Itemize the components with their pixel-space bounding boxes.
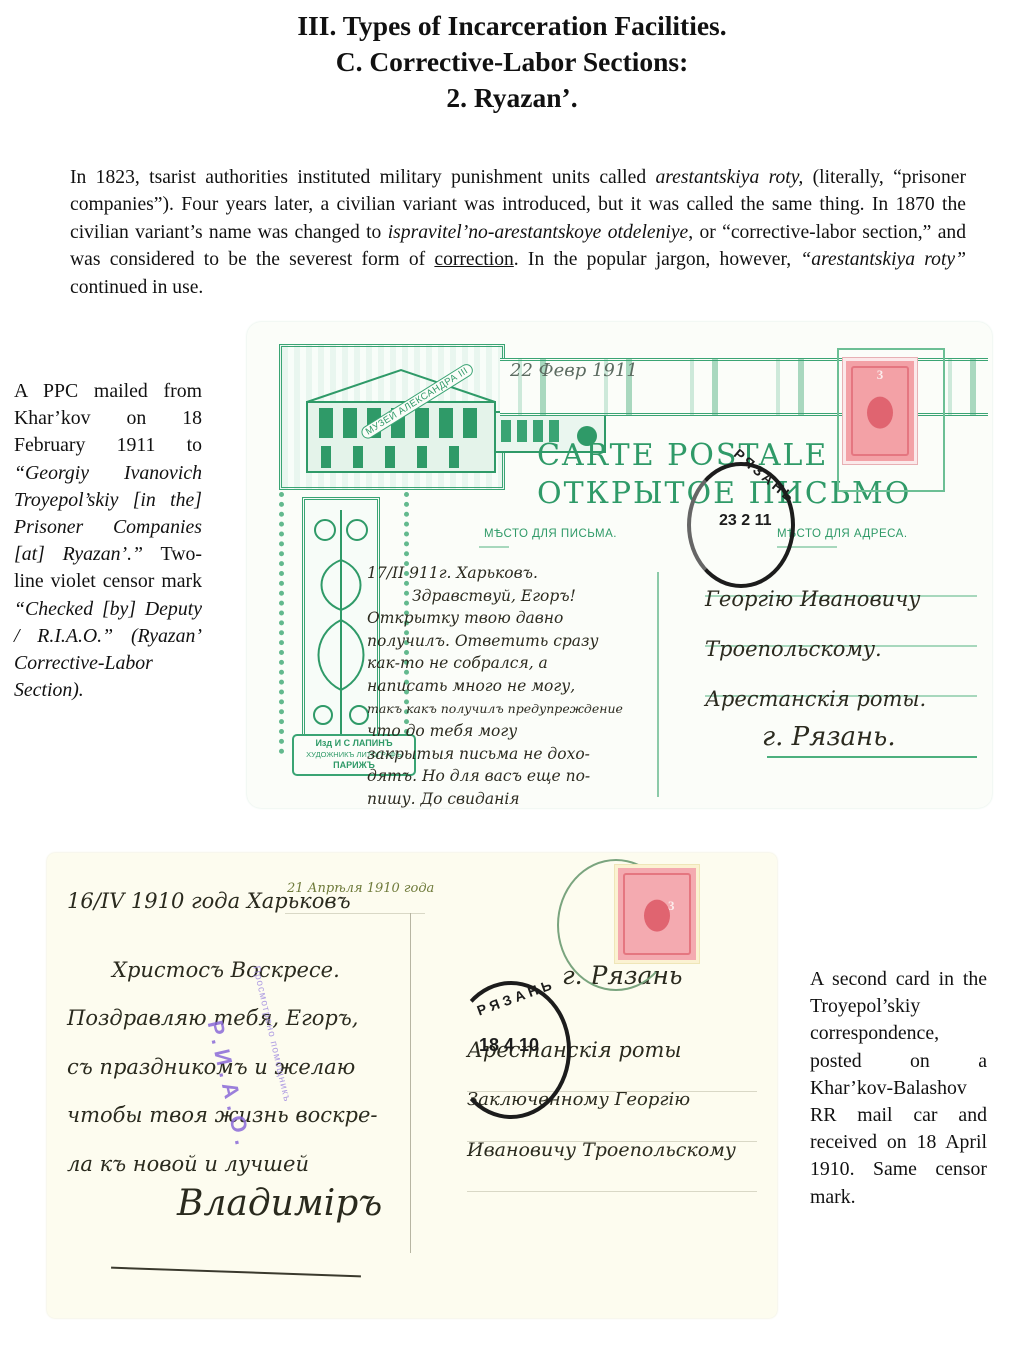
- message-line: 17/II 911г. Харьковъ.: [367, 562, 623, 585]
- message-line: Здравствуй, Егоръ!: [367, 585, 623, 608]
- term-quoted: “arestantskiya roty”: [800, 249, 966, 270]
- message-line: такъ какъ получилъ предупреждение: [367, 698, 623, 721]
- page-title: III. Types of Incarceration Facilities. …: [0, 8, 1024, 116]
- caption-censor-quote: “Checked [by] Deputy / R.I.A.O.” (Ryazan…: [14, 598, 202, 702]
- message-line: дятъ. Но для васъ еще по-: [367, 765, 623, 788]
- caption-card-1: A PPC mailed from Khar’kov on 18 Februar…: [14, 378, 202, 704]
- card-divider: [657, 572, 659, 797]
- address-city: г. Рязань.: [762, 722, 896, 752]
- stamp-3-kopek: 3: [843, 358, 917, 464]
- handwritten-address: Георгію Ивановичу Троепольскому. Арестан…: [705, 574, 926, 724]
- message-line: 16/IV 1910 года Харьковъ: [67, 877, 378, 926]
- stamp-value: 3: [846, 367, 914, 383]
- term-arestantskiya-roty: arestantskiya roty,: [655, 167, 803, 188]
- message-line: пишу. До свиданія: [367, 788, 623, 808]
- title-line-2: C. Corrective-Labor Sections:: [0, 44, 1024, 80]
- intro-text: continued in use.: [70, 277, 203, 298]
- intro-text: . In the popular jargon, however,: [514, 249, 801, 270]
- postcard-1910: 21 Апрѣля 1910 года 16/IV 1910 года Харь…: [47, 853, 777, 1318]
- intro-paragraph: In 1823, tsarist authorities instituted …: [70, 164, 966, 301]
- message-line: закрытыя письма не дохо-: [367, 743, 623, 766]
- card-divider: [410, 913, 411, 1253]
- signature: Владиміръ: [177, 1183, 382, 1224]
- rule: [479, 546, 509, 548]
- message-line: ла къ новой и лучшей: [67, 1140, 378, 1189]
- arrival-date-note: 22 Февр 1911: [510, 360, 638, 381]
- message-line: Открытку твою давно: [367, 607, 623, 630]
- postmark-city: РЯЗАНЬ: [475, 975, 558, 1018]
- title-line-1: III. Types of Incarceration Facilities.: [0, 8, 1024, 44]
- stamp-3-kopek: 3: [615, 865, 699, 963]
- eagle-emblem-icon: [867, 397, 893, 429]
- caption-card-2: A second card in the Troyepol’skiy corre…: [810, 966, 987, 1211]
- postmark-date: 18 4 10: [479, 1035, 539, 1056]
- label-address-space: МѢСТО ДЛЯ АДРЕСА.: [777, 528, 908, 540]
- address-line: Арестанскія роты.: [705, 674, 926, 724]
- postmark-ryazan: 18 4 10 РЯЗАНЬ: [451, 981, 571, 1119]
- postcard-1911: МУЗЕЙ АЛЕКСАНДРА III Изд И С ЛАПИНЪ ХУДО…: [247, 322, 992, 808]
- underlined-correction: correction: [434, 249, 513, 270]
- title-line-3: 2. Ryazan’.: [0, 80, 1024, 116]
- address-line: Троепольскому.: [705, 624, 926, 674]
- caption-text: A PPC mailed from Khar’kov on 18 Februar…: [14, 380, 202, 456]
- address-line: Ивановичу Троепольскому: [467, 1125, 736, 1175]
- address-rule: [467, 1191, 757, 1192]
- message-line: что до тебя могу: [367, 720, 623, 743]
- label-message-space: МѢСТО ДЛЯ ПИСЬМА.: [484, 528, 617, 540]
- message-line: как-то не собрался, а: [367, 652, 623, 675]
- message-line: получилъ. Ответить сразу: [367, 630, 623, 653]
- term-ispravitelno: ispravitel’no-arestantskoye otdeleniye: [388, 222, 689, 243]
- message-line: написать много не могу,: [367, 675, 623, 698]
- message-line: Христосъ Воскресе.: [67, 946, 378, 995]
- eagle-emblem-icon: [644, 900, 670, 932]
- handwritten-message: 17/II 911г. Харьковъ. Здравствуй, Егоръ!…: [367, 562, 623, 808]
- postmark-ryazan: 23 2 11 РЯЗАНЬ: [687, 462, 795, 588]
- postmark-date: 23 2 11: [719, 512, 772, 530]
- address-rule: [767, 756, 977, 758]
- signature-flourish: [111, 1267, 361, 1278]
- intro-text: In 1823, tsarist authorities instituted …: [70, 167, 655, 188]
